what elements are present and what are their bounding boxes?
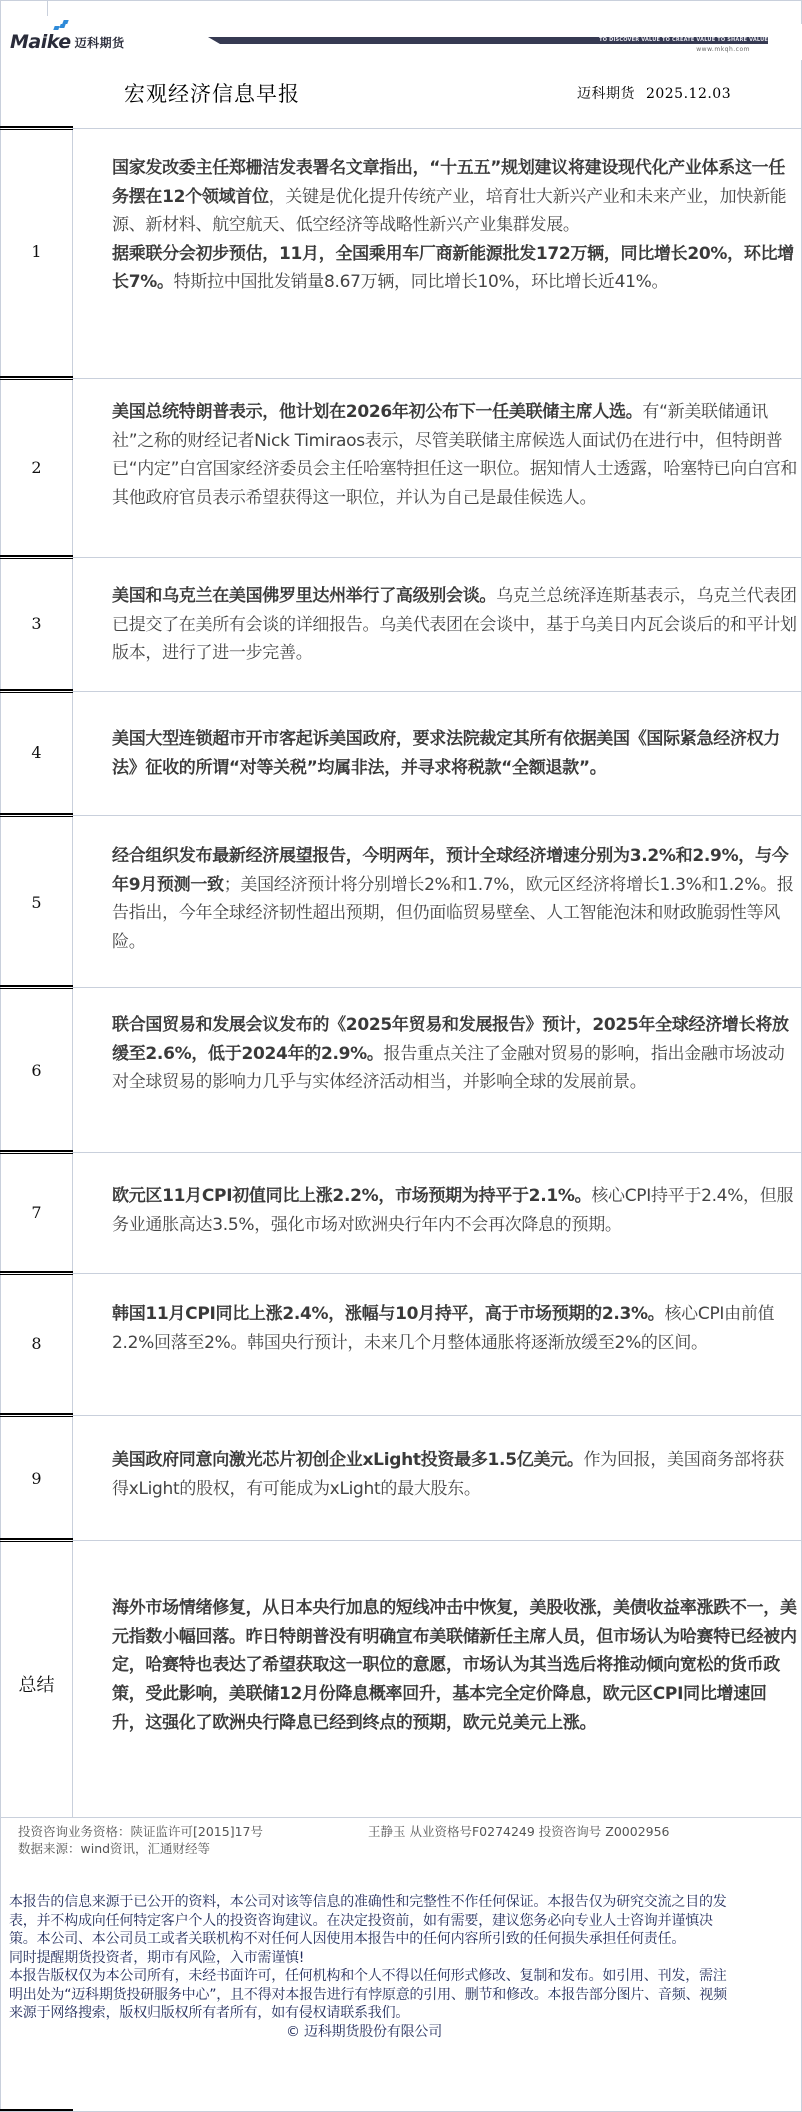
row-separator [0,1413,73,1417]
report-page: Maike 迈科期货 TO DISCOVER VALUE TO CREATE V… [0,0,802,2112]
row-separator [73,815,802,816]
disclaimer: 本报告的信息来源于已公开的资料，本公司对该等信息的准确性和完整性不作任何保证。本… [9,1893,739,2041]
row-separator [73,1273,802,1274]
news-item: 美国大型连锁超市开市客起诉美国政府，要求法院裁定其所有依据美国《国际紧急经济权力… [112,725,798,782]
news-headline: 美国大型连锁超市开市客起诉美国政府，要求法院裁定其所有依据美国《国际紧急经济权力… [112,729,780,778]
top-border [0,0,802,1]
row-separator [0,555,73,559]
item-number: 1 [0,242,73,261]
logo-dots-icon [54,22,68,30]
news-item: 韩国11月CPI同比上涨2.4%，涨幅与10月持平，高于市场预期的2.3%。核心… [112,1300,798,1357]
item-number: 3 [0,614,73,633]
summary-label: 总结 [0,1671,73,1697]
footer-credentials: 投资咨询业务资格：陕证监许可[2015]17号 王静玉 从业资格号F027424… [18,1823,263,1857]
row-separator [0,1150,73,1154]
header-tick [47,0,48,16]
website: www.mkqh.com [696,46,750,53]
item-number: 9 [0,1469,73,1488]
row-separator [73,691,802,692]
row-separator [0,1271,73,1275]
news-headline: 美国和乌克兰在美国佛罗里达州举行了高级别会谈。 [112,586,496,606]
row-separator [0,1538,73,1542]
news-item: 美国和乌克兰在美国佛罗里达州举行了高级别会谈。乌克兰总统泽连斯基表示，乌克兰代表… [112,582,798,668]
news-item: 经合组织发布最新经济展望报告，今明两年，预计全球经济增速分别为3.2%和2.9%… [112,842,798,956]
slogan: TO DISCOVER VALUE TO CREATE VALUE TO SHA… [599,37,768,44]
bottom-mark [0,2109,73,2111]
item-number: 5 [0,893,73,912]
item-number: 4 [0,743,73,762]
header-bottom-border [73,128,802,129]
issuer: 迈科期货 [577,86,635,102]
row-separator [0,813,73,817]
number-column-divider [72,128,73,1818]
footer-top-border [0,1817,802,1818]
qualification: 投资咨询业务资格：陕证监许可[2015]17号 [18,1823,263,1840]
news-item: 国家发改委主任郑栅洁发表署名文章指出，“十五五”规划建议将建设现代化产业体系这一… [112,154,798,297]
row-separator [0,126,73,130]
row-separator [0,689,73,693]
news-item: 欧元区11月CPI初值同比上涨2.2%，市场预期为持平于2.1%。核心CPI持平… [112,1182,798,1239]
row-separator [73,378,802,379]
company-logo: Maike 迈科期货 [10,28,125,52]
logo-chinese-name: 迈科期货 [75,34,125,52]
news-item: 联合国贸易和发展会议发布的《2025年贸易和发展报告》预计，2025年全球经济增… [112,1011,798,1097]
data-source: 数据来源：wind资讯，汇通财经等 [18,1840,263,1857]
left-border [0,0,1,2112]
copyright: © 迈科期货股份有限公司 [0,2023,729,2042]
row-separator [73,557,802,558]
row-separator [73,1540,802,1541]
news-headline: 美国政府同意向激光芯片初创企业xLight投资最多1.5亿美元。 [112,1450,584,1470]
row-separator [0,376,73,380]
risk-warning: 同时提醒期货投资者，期市有风险，入市需谨慎! [9,1949,739,1968]
item-number: 2 [0,458,73,477]
news-item: 美国政府同意向激光芯片初创企业xLight投资最多1.5亿美元。作为回报，美国商… [112,1446,798,1503]
row-separator [73,987,802,988]
news-headline: 韩国11月CPI同比上涨2.4%，涨幅与10月持平，高于市场预期的2.3%。 [112,1304,664,1324]
news-body: 特斯拉中国批发销量8.67万辆，同比增长10%，环比增长近41%。 [174,272,669,292]
news-headline: 欧元区11月CPI初值同比上涨2.2%，市场预期为持平于2.1%。 [112,1186,591,1206]
item-number: 8 [0,1334,73,1353]
copyright-paragraph: 本报告版权仅为本公司所有，未经书面许可，任何机构和个人不得以任何形式修改、复制和… [9,1967,739,2023]
row-separator [0,985,73,989]
summary-text: 海外市场情绪修复，从日本央行加息的短线冲击中恢复，美股收涨，美债收益率涨跌不一，… [112,1594,798,1738]
disclaimer-paragraph: 本报告的信息来源于已公开的资料，本公司对该等信息的准确性和完整性不作任何保证。本… [9,1893,739,1949]
news-headline: 美国总统特朗普表示，他计划在2026年初公布下一任美联储主席人选。 [112,402,642,422]
row-separator [73,1415,802,1416]
item-number: 6 [0,1061,73,1080]
row-separator [73,1152,802,1153]
issuer-date: 迈科期货 2025.12.03 [577,83,731,103]
page-title: 宏观经济信息早报 [124,78,300,108]
analyst-info: 王静玉 从业资格号F0274249 投资咨询号 Z0002956 [368,1823,670,1840]
report-date: 2025.12.03 [646,86,731,102]
logo-wordmark: Maike [10,32,71,52]
item-number: 7 [0,1203,73,1222]
news-item: 美国总统特朗普表示，他计划在2026年初公布下一任美联储主席人选。有“新美联储通… [112,398,798,512]
